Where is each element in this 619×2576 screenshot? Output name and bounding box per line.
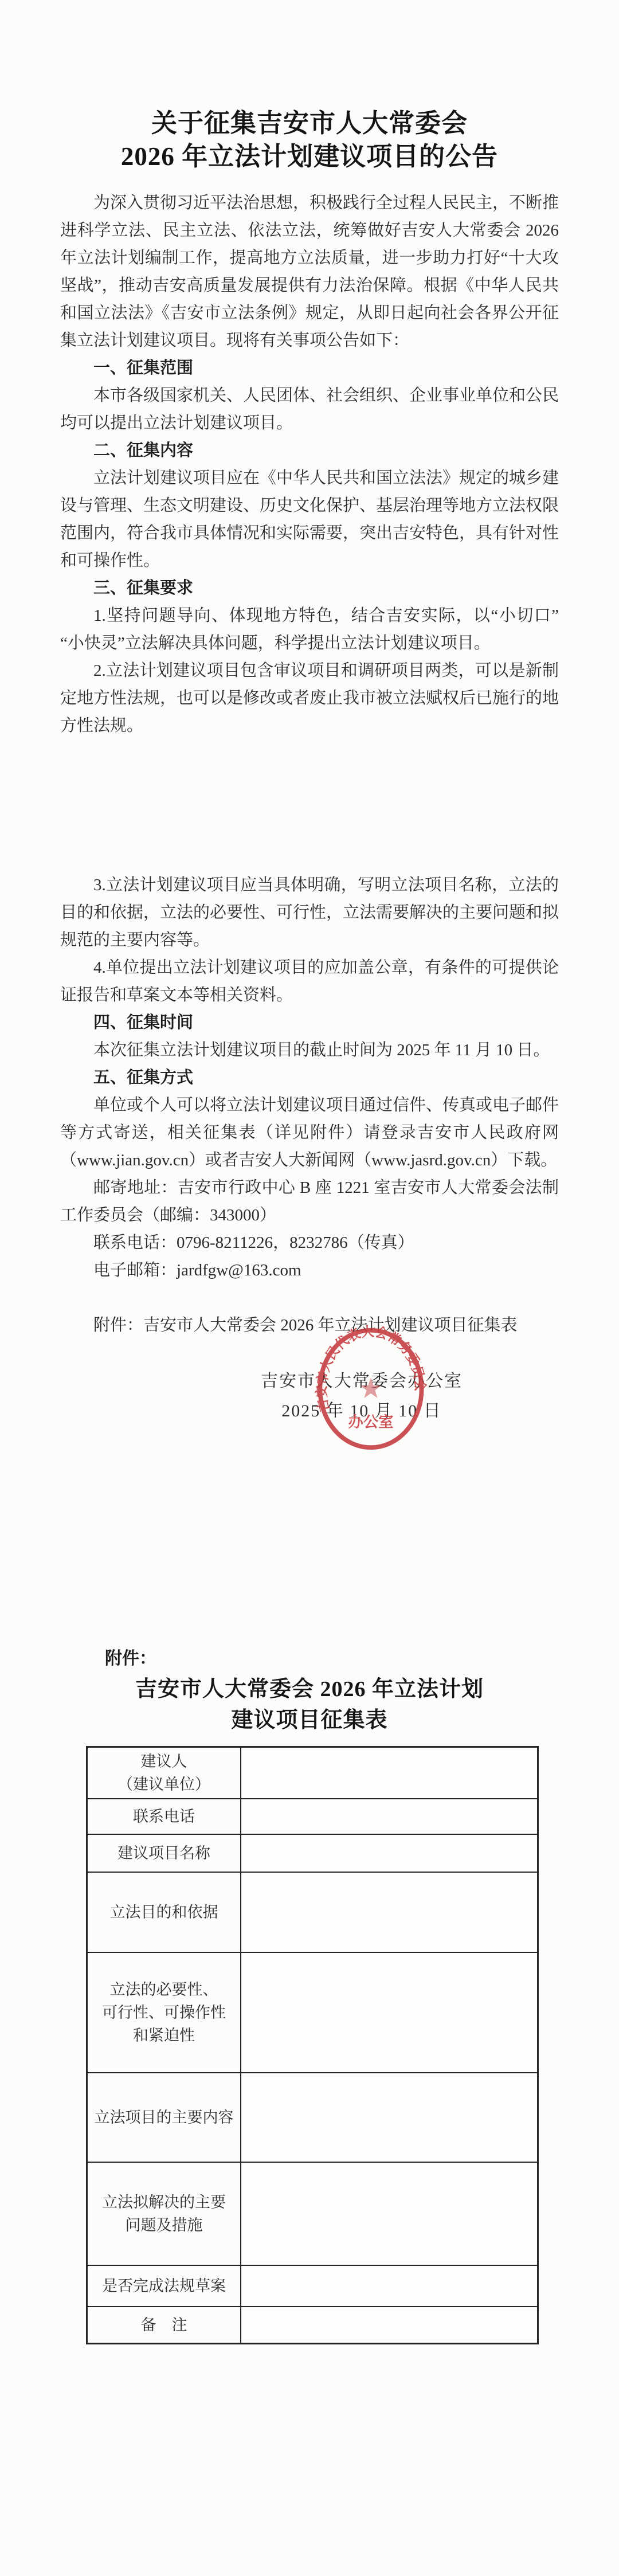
form-label-project-name: 建议项目名称 [87,1834,241,1872]
page-break-gap [60,739,559,871]
attachment-form-title-line-1: 吉安市人大常委会 2026 年立法计划 [60,1674,559,1705]
table-row: 立法目的和依据 [87,1872,538,1952]
attachment-form-title-line-2: 建议项目征集表 [60,1705,559,1736]
form-label-main-content: 立法项目的主要内容 [87,2073,241,2162]
announcement-title-line-2: 2026 年立法计划建议项目的公告 [60,140,559,173]
form-label-draft-completed: 是否完成法规草案 [87,2265,241,2307]
table-row: 是否完成法规草案 [87,2265,538,2307]
seal-star-icon [360,1378,381,1398]
form-value-problems-measures [241,2162,538,2265]
section-3-heading: 三、征集要求 [60,574,559,602]
table-row: 立法拟解决的主要 问题及措施 [87,2162,538,2265]
section-5-paragraph: 单位或个人可以将立法计划建议项目通过信件、传真或电子邮件等方式寄送，相关征集表（… [60,1091,559,1174]
table-row: 立法的必要性、 可行性、可操作性 和紧迫性 [87,1952,538,2073]
announcement-body: 为深入贯彻习近平法治思想，积极践行全过程人民民主，不断推进科学立法、民主立法、依… [60,189,559,1339]
section-1-heading: 一、征集范围 [60,354,559,382]
seal-ring-text: 吉安市人民代表大会常务委员会 [315,1325,427,1413]
form-value-phone [241,1799,538,1834]
form-label-necessity-feasibility: 立法的必要性、 可行性、可操作性 和紧迫性 [87,1952,241,2073]
table-row: 建议项目名称 [87,1834,538,1872]
table-row: 联系电话 [87,1799,538,1834]
announcement-title-line-1: 关于征集吉安市人大常委会 [60,107,559,140]
attachment-label: 附件： [60,1646,559,1671]
section-3-item-2: 2.立法计划建议项目包含审议项目和调研项目两类，可以是新制定地方性法规，也可以是… [60,657,559,739]
table-row: 立法项目的主要内容 [87,2073,538,2162]
section-3-item-4: 4.单位提出立法计划建议项目的应加盖公章，有条件的可提供论证报告和草案文本等相关… [60,954,559,1009]
signature-area: 吉安市人大常委会办公室 2025 年 10 月 10 日 吉安市人民代表大会常务… [60,1359,559,1444]
form-label-problems-measures: 立法拟解决的主要 问题及措施 [87,2162,241,2265]
form-value-proposer [241,1747,538,1799]
contact-email-line: 电子邮箱：jardfgw@163.com [60,1256,559,1284]
announcement-title: 关于征集吉安市人大常委会 2026 年立法计划建议项目的公告 [60,0,559,173]
scanned-announcement-page: 关于征集吉安市人大常委会 2026 年立法计划建议项目的公告 为深入贯彻习近平法… [0,0,619,2576]
section-1-paragraph: 本市各级国家机关、人民团体、社会组织、企业事业单位和公民均可以提出立法计划建议项… [60,382,559,437]
attachment-section: 附件： 吉安市人大常委会 2026 年立法计划 建议项目征集表 建议人 （建议单… [60,1646,559,2344]
form-label-remarks: 备 注 [87,2307,241,2343]
form-value-remarks [241,2307,538,2343]
form-value-necessity-feasibility [241,1952,538,2073]
form-label-proposer: 建议人 （建议单位） [87,1747,241,1799]
form-value-project-name [241,1834,538,1872]
section-4-paragraph: 本次征集立法计划建议项目的截止时间为 2025 年 11 月 10 日。 [60,1036,559,1064]
section-2-paragraph: 立法计划建议项目应在《中华人民共和国立法法》规定的城乡建设与管理、生态文明建设、… [60,464,559,574]
seal-center-text: 办公室 [348,1414,394,1430]
attachment-form-title: 吉安市人大常委会 2026 年立法计划 建议项目征集表 [60,1674,559,1736]
form-value-main-content [241,2073,538,2162]
section-4-heading: 四、征集时间 [60,1009,559,1036]
section-2-heading: 二、征集内容 [60,437,559,464]
form-value-draft-completed [241,2265,538,2307]
proposal-collection-form-table: 建议人 （建议单位） 联系电话 建议项目名称 立法目的和依据 [86,1746,539,2344]
official-seal-icon: 吉安市人民代表大会常务委员会 办公室 [315,1325,427,1454]
attachment-note-line: 附件：吉安市人大常委会 2026 年立法计划建议项目征集表 [60,1312,559,1339]
section-5-heading: 五、征集方式 [60,1064,559,1091]
form-label-phone: 联系电话 [87,1799,241,1834]
svg-text:吉安市人民代表大会常务委员会: 吉安市人民代表大会常务委员会 [315,1325,427,1413]
contact-phone-line: 联系电话：0796-8211226，8232786（传真） [60,1229,559,1256]
section-3-item-3: 3.立法计划建议项目应当具体明确，写明立法项目名称，立法的目的和依据，立法的必要… [60,871,559,954]
form-value-purpose-basis [241,1872,538,1952]
form-label-purpose-basis: 立法目的和依据 [87,1872,241,1952]
table-row: 建议人 （建议单位） [87,1747,538,1799]
mailing-address-line: 邮寄地址：吉安市行政中心 B 座 1221 室吉安市人大常委会法制工作委员会（邮… [60,1174,559,1229]
table-row: 备 注 [87,2307,538,2343]
section-3-item-1: 1.坚持问题导向、体现地方特色，结合吉安实际，以“小切口”“小快灵”立法解决具体… [60,602,559,657]
intro-paragraph: 为深入贯彻习近平法治思想，积极践行全过程人民民主，不断推进科学立法、民主立法、依… [60,189,559,354]
